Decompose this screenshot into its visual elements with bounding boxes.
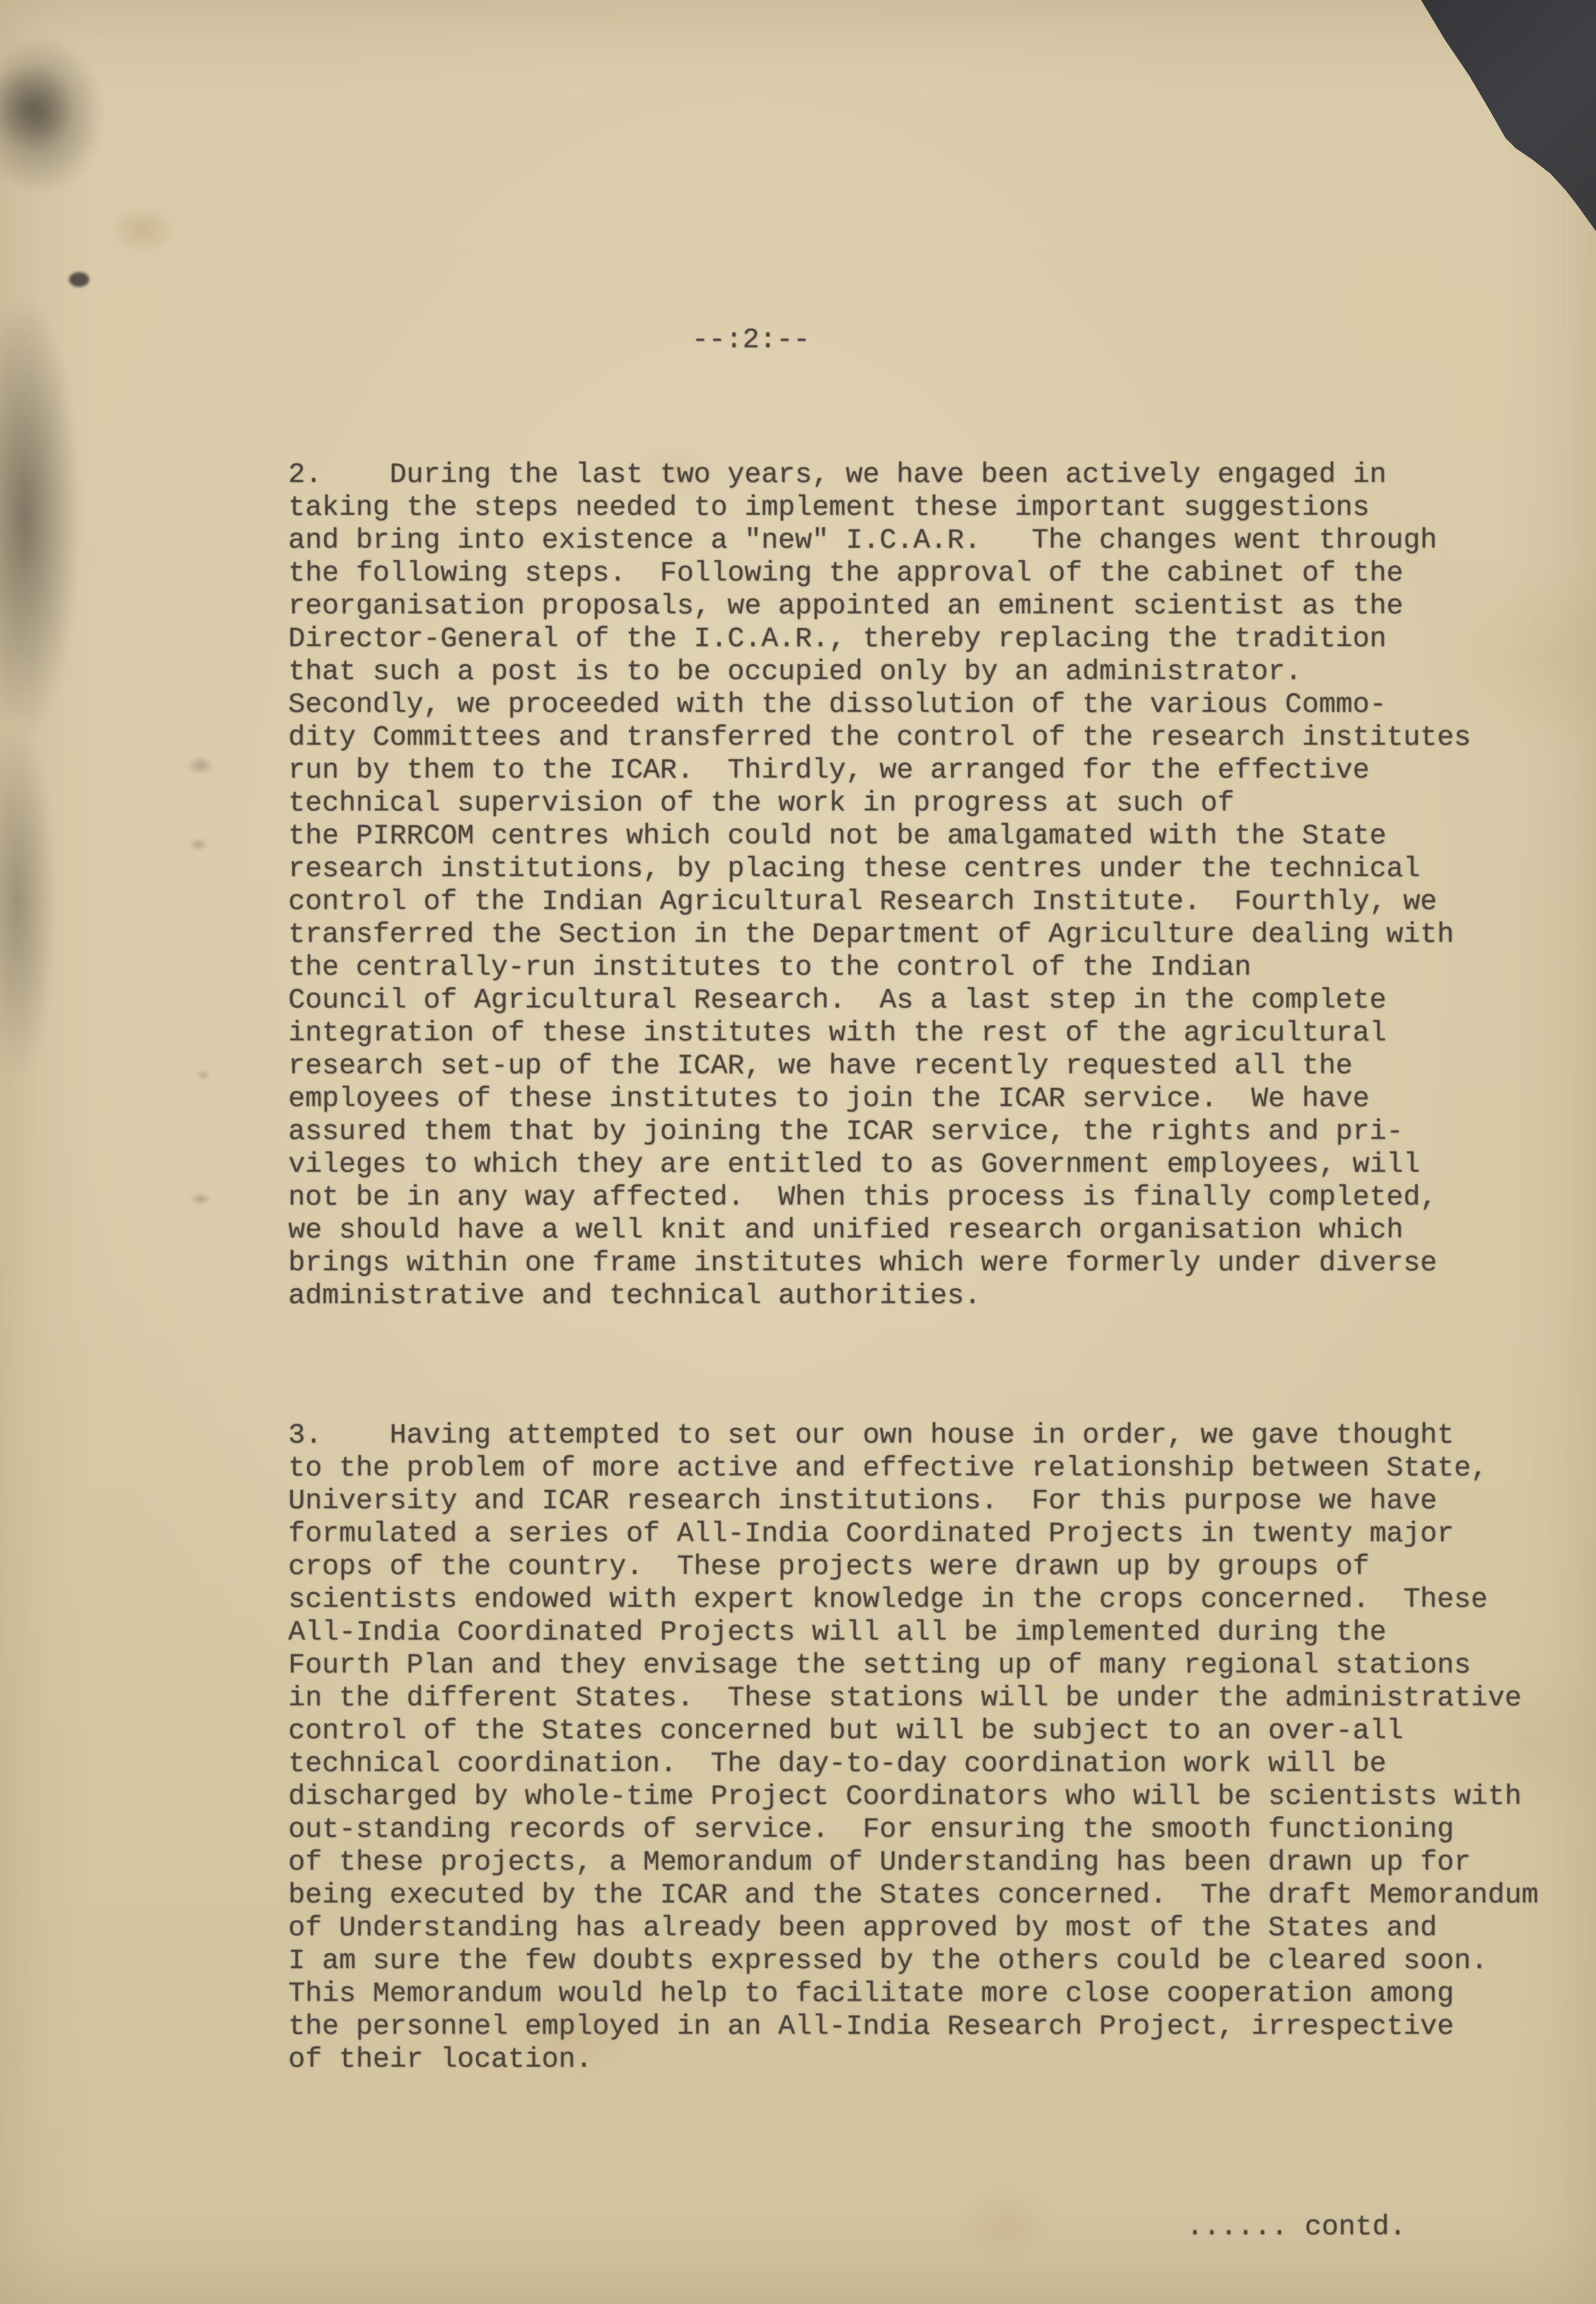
text-line: to the problem of more active and effect… [288,1452,1595,1485]
text-line: the centrally-run institutes to the cont… [288,951,1595,984]
text-line: Director-General of the I.C.A.R., thereb… [288,623,1595,656]
ink-smudge [0,724,57,1079]
scanned-document-page: --:2:-- 2. During the last two years, we… [0,0,1596,2304]
text-line: of Understanding has already been approv… [288,1912,1595,1945]
ink-spot [69,272,89,287]
text-line: assured them that by joining the ICAR se… [288,1115,1595,1148]
ink-smudge [0,64,74,151]
text-line: All-India Coordinated Projects will all … [288,1616,1595,1649]
pencil-mark [186,756,214,775]
text-line: we should have a well knit and unified r… [288,1214,1595,1247]
pencil-mark [196,1070,210,1080]
text-line: research set-up of the ICAR, we have rec… [288,1050,1595,1083]
text-line: transferred the Section in the Departmen… [288,918,1595,951]
typewritten-content: --:2:-- 2. During the last two years, we… [288,258,1595,2304]
text-line: the personnel employed in an All-India R… [288,2010,1595,2043]
ink-smudge [0,295,80,737]
text-line: out-standing records of service. For ens… [288,1813,1595,1846]
text-line: in the different States. These stations … [288,1682,1595,1715]
text-line: dity Committees and transferred the cont… [288,721,1595,754]
text-line: crops of the country. These projects wer… [288,1551,1595,1583]
torn-corner-backing [1354,0,1596,268]
text-line: employees of these institutes to join th… [288,1083,1595,1115]
text-line: discharged by whole-time Project Coordin… [288,1780,1595,1813]
text-line: technical supervision of the work in pro… [288,787,1595,820]
text-line: vileges to which they are entitled to as… [288,1148,1595,1181]
text-line: control of the Indian Agricultural Resea… [288,886,1595,918]
text-line: administrative and technical authorities… [288,1280,1595,1313]
text-line: the following steps. Following the appro… [288,557,1595,590]
text-line: Fourth Plan and they envisage the settin… [288,1649,1595,1682]
page-number-header: --:2:-- [692,324,1595,357]
text-line: Secondly, we proceeded with the dissolut… [288,688,1595,721]
contd-note: ...... contd. [1186,2211,1595,2244]
text-line: control of the States concerned but will… [288,1715,1595,1748]
text-line: research institutions, by placing these … [288,853,1595,886]
text-line: technical coordination. The day-to-day c… [288,1748,1595,1780]
text-line: This Memorandum would help to facilitate… [288,1978,1595,2010]
text-line: scientists endowed with expert knowledge… [288,1583,1595,1616]
text-line: taking the steps needed to implement the… [288,491,1595,524]
text-line: integration of these institutes with the… [288,1017,1595,1050]
paragraph-3: 3. Having attempted to set our own house… [288,1419,1595,2076]
pencil-mark [189,838,208,851]
text-line: Council of Agricultural Research. As a l… [288,984,1595,1017]
text-line: run by them to the ICAR. Thirdly, we arr… [288,754,1595,787]
text-line: formulated a series of All-India Coordin… [288,1518,1595,1551]
text-line: the PIRRCOM centres which could not be a… [288,820,1595,853]
text-line: being executed by the ICAR and the State… [288,1879,1595,1912]
pencil-mark [190,1193,211,1205]
text-line: and bring into existence a "new" I.C.A.R… [288,524,1595,557]
text-line: I am sure the few doubts expressed by th… [288,1945,1595,1978]
text-line: that such a post is to be occupied only … [288,656,1595,688]
text-line: 2. During the last two years, we have be… [288,459,1595,491]
text-line: brings within one frame institutes which… [288,1247,1595,1280]
text-line: of these projects, a Memorandum of Under… [288,1846,1595,1879]
text-line: of their location. [288,2043,1595,2076]
text-line: 3. Having attempted to set our own house… [288,1419,1595,1452]
text-line: reorganisation proposals, we appointed a… [288,590,1595,623]
paragraph-2: 2. During the last two years, we have be… [288,459,1595,1313]
text-line: not be in any way affected. When this pr… [288,1181,1595,1214]
text-line: University and ICAR research institution… [288,1485,1595,1518]
